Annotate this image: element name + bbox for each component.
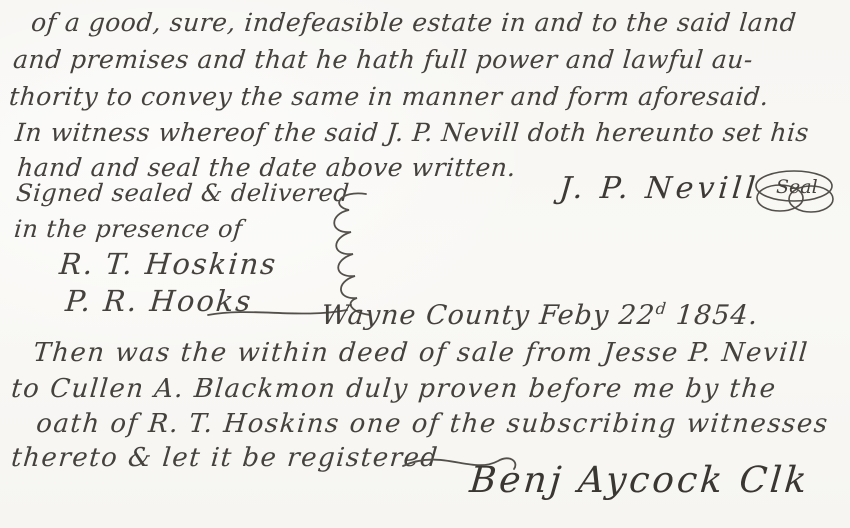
clerk-signature: Benj Aycock Clk: [468, 460, 811, 501]
deed-page: of a good, sure, indefeasible estate in …: [0, 0, 850, 528]
deed-body-line-1: of a good, sure, indefeasible estate in …: [30, 8, 798, 37]
seal-flourish-icon: Seal: [752, 165, 840, 219]
deed-body-line-2: and premises and that he hath full power…: [12, 45, 754, 74]
probate-line-2: to Cullen A. Blackmon duly proven before…: [10, 374, 778, 404]
probate-line-4: thereto & let it be registered: [10, 443, 440, 473]
deed-body-line-4: In witness whereof the said J. P. Nevill…: [14, 118, 810, 147]
probate-line-1: Then was the within deed of sale from Je…: [32, 338, 810, 368]
attestation-presence-line: in the presence of: [13, 215, 244, 243]
probate-dateline: Wayne County Feby 22d 1854.: [320, 299, 760, 331]
probate-line-3: oath of R. T. Hoskins one of the subscri…: [35, 409, 830, 439]
grantor-signature: J. P. Nevill: [558, 171, 761, 206]
deed-body-line-5: hand and seal the date above written.: [16, 153, 517, 182]
seal-label: Seal: [776, 176, 818, 198]
attestation-signed-line: Signed sealed & delivered: [15, 179, 350, 207]
deed-body-line-3: thority to convey the same in manner and…: [8, 82, 770, 111]
probate-dateline-prefix: Wayne County Feby 22: [320, 300, 657, 331]
witness-signature-hoskins: R. T. Hoskins: [58, 247, 279, 281]
probate-dateline-suffix: 1854.: [665, 300, 760, 331]
